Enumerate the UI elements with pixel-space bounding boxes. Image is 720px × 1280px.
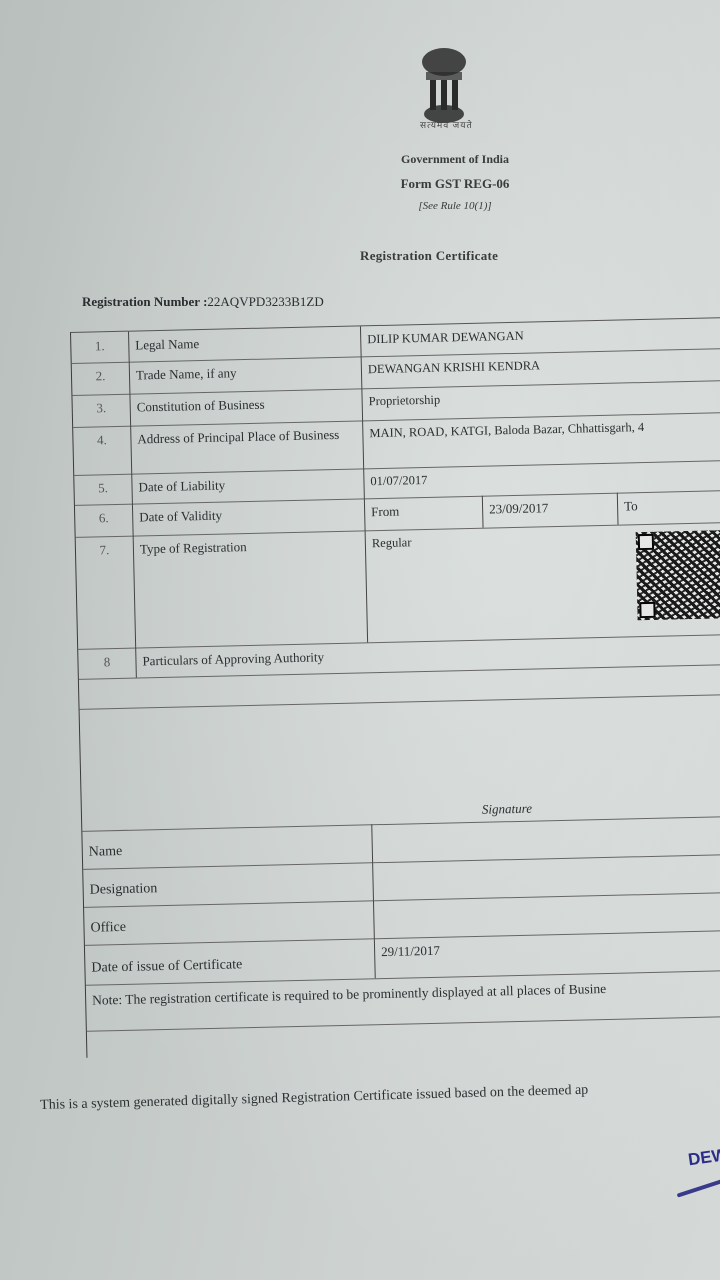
row-label: Trade Name, if any xyxy=(130,356,363,393)
header-rule: [See Rule 10(1)] xyxy=(330,200,580,212)
emblem-motto: सत्यमेव जयते xyxy=(420,118,473,131)
approver-office-label: Office xyxy=(84,900,375,945)
row-number: 3. xyxy=(72,394,131,427)
validity-to-label: To xyxy=(618,489,720,525)
row-number: 2. xyxy=(72,362,131,395)
header-government: Government of India xyxy=(330,152,580,167)
certificate-table: 1. Legal Name DILIP KUMAR DEWANGAN 2. Tr… xyxy=(70,316,720,1058)
header-form: Form GST REG-06 xyxy=(330,176,580,192)
registration-number: Registration Number :22AQVPD3233B1ZD xyxy=(82,294,324,310)
row-label: Address of Principal Place of Business xyxy=(131,420,364,473)
registration-number-value: 22AQVPD3233B1ZD xyxy=(207,294,323,309)
validity-from-value: 23/09/2017 xyxy=(483,493,619,528)
row-label: Constitution of Business xyxy=(130,388,363,425)
row-number: 6. xyxy=(75,504,134,537)
row-number: 5. xyxy=(74,474,133,505)
registration-number-label: Registration Number : xyxy=(82,294,207,309)
address-value: MAIN, ROAD, KATGI, Baloda Bazar, Chhatti… xyxy=(363,411,720,469)
row-number: 4. xyxy=(73,426,132,475)
qr-code-icon xyxy=(636,530,720,620)
issue-date-label: Date of issue of Certificate xyxy=(85,938,376,985)
validity-from-label: From xyxy=(365,496,484,531)
document-title: Registration Certificate xyxy=(360,248,498,264)
row-number: 7. xyxy=(76,536,137,649)
signature-area xyxy=(80,693,720,832)
row-label: Type of Registration xyxy=(134,530,368,647)
row-number: 8 xyxy=(78,648,137,679)
table-row: 7. Type of Registration Regular xyxy=(76,521,720,650)
row-number: 1. xyxy=(71,332,130,363)
row-label: Date of Validity xyxy=(133,498,366,535)
approver-designation-label: Designation xyxy=(83,862,374,907)
approver-name-label: Name xyxy=(82,824,373,869)
